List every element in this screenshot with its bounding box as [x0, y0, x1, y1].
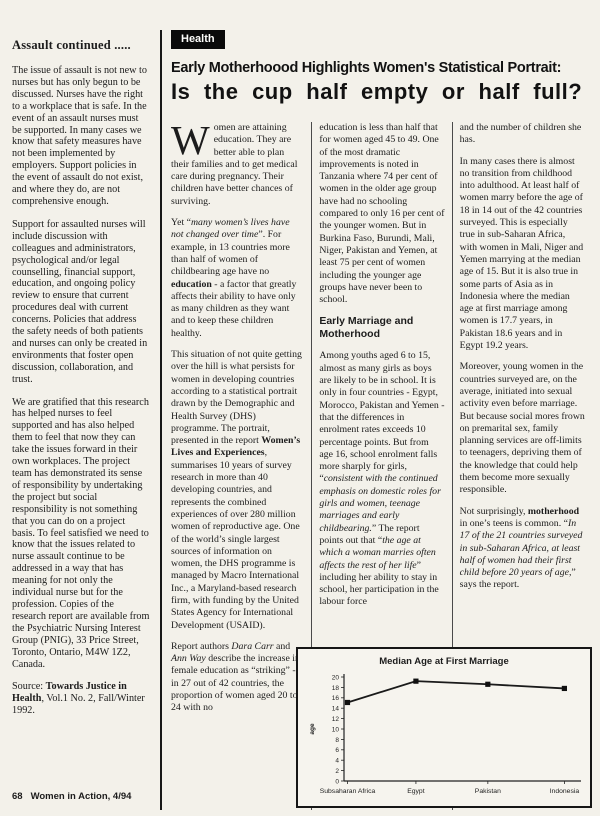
article-column-1: Women are attaining education. They are …: [171, 122, 311, 810]
article-paragraph: and the number of children she has.: [460, 122, 585, 147]
sidebar-heading: Assault continued .....: [12, 38, 150, 53]
article-headline: Is the cup half empty or half full?: [171, 79, 592, 105]
svg-text:Indonesia: Indonesia: [550, 788, 580, 795]
svg-text:10: 10: [332, 726, 340, 733]
article-paragraph: Moreover, young women in the countries s…: [460, 361, 585, 496]
magazine-page: Assault continued ..... The issue of ass…: [0, 0, 600, 816]
svg-text:14: 14: [332, 706, 340, 713]
article-kicker: Early Motherhoood Highlights Women's Sta…: [171, 60, 592, 76]
sidebar-assault-article: Assault continued ..... The issue of ass…: [12, 30, 160, 810]
svg-text:0: 0: [335, 778, 339, 785]
svg-text:2: 2: [335, 768, 339, 775]
page-number: 68: [12, 791, 23, 802]
median-age-chart: Median Age at First Marriage 02468101214…: [296, 647, 592, 808]
article-paragraph: Yet “many women’s lives have not changed…: [171, 217, 304, 340]
svg-text:8: 8: [335, 737, 339, 744]
article-paragraph: We are gratified that this research has …: [12, 397, 150, 671]
main-article: Health Early Motherhoood Highlights Wome…: [160, 30, 592, 810]
svg-text:Subsaharan Africa: Subsaharan Africa: [320, 788, 376, 795]
article-paragraph: Among youths aged 6 to 15, almost as man…: [319, 350, 444, 608]
svg-text:16: 16: [332, 695, 340, 702]
svg-text:age: age: [309, 723, 316, 735]
article-paragraph: Support for assaulted nurses will includ…: [12, 219, 150, 386]
article-paragraph: education is less than half that for wom…: [319, 122, 444, 306]
article-paragraph: Not surprisingly, motherhood in one’s te…: [460, 506, 585, 592]
sidebar-body: The issue of assault is not new to nurse…: [12, 65, 150, 728]
svg-text:12: 12: [332, 716, 340, 723]
article-paragraph: Report authors Dara Carr and Ann Way des…: [171, 641, 304, 715]
svg-text:20: 20: [332, 674, 340, 681]
magazine-title: Women in Action, 4/94: [31, 791, 132, 802]
chart-title: Median Age at First Marriage: [304, 656, 584, 667]
svg-text:4: 4: [335, 758, 339, 765]
svg-text:18: 18: [332, 685, 340, 692]
article-subheading: Early Marriage and Motherhood: [319, 315, 444, 341]
chart-svg: 02468101214161820Subsaharan AfricaEgyptP…: [304, 669, 584, 801]
svg-text:Egypt: Egypt: [407, 788, 424, 795]
section-tag: Health: [171, 30, 225, 49]
page-footer: 68Women in Action, 4/94: [12, 791, 150, 806]
article-paragraph: The issue of assault is not new to nurse…: [12, 65, 150, 208]
article-paragraph: Women are attaining education. They are …: [171, 122, 304, 208]
svg-text:Pakistan: Pakistan: [475, 788, 501, 795]
article-paragraph: This situation of not quite getting over…: [171, 349, 304, 632]
drop-cap: W: [171, 122, 214, 156]
svg-text:6: 6: [335, 747, 339, 754]
article-paragraph: In many cases there is almost no transit…: [460, 156, 585, 353]
article-paragraph: Source: Towards Justice in Health, Vol.1…: [12, 681, 150, 717]
